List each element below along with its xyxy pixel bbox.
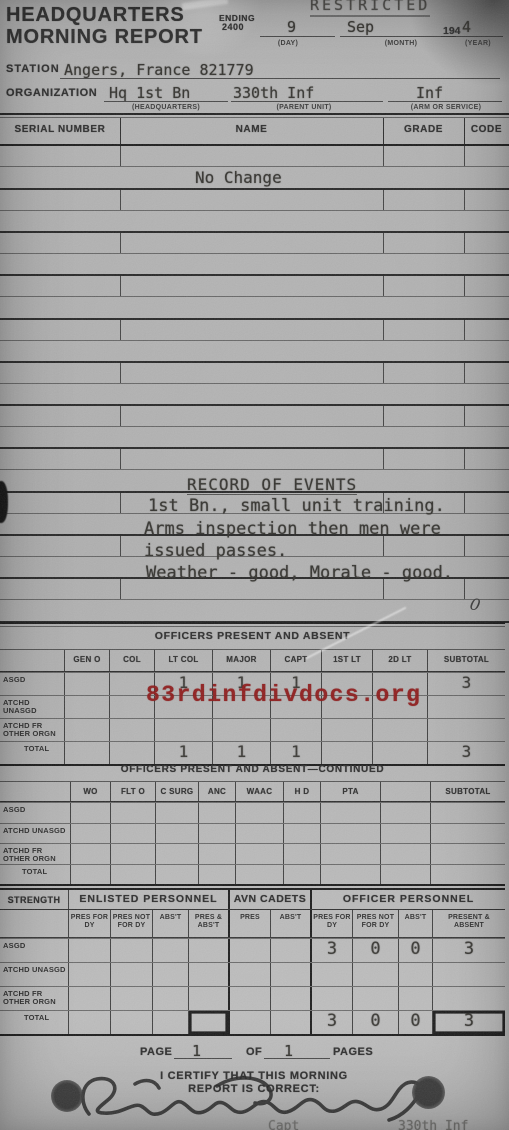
cell-subtotal <box>430 865 505 885</box>
cell-value <box>372 742 427 764</box>
col-o-pres-not-for-dy: PRES NOT FOR DY <box>352 910 398 937</box>
cell-value <box>432 963 505 986</box>
page-label: PAGE <box>140 1046 172 1058</box>
cell-value <box>380 844 430 864</box>
cell-value <box>228 987 270 1010</box>
blank-header <box>0 782 70 801</box>
officers-row: ATCHD FR OTHER ORGN <box>0 718 505 741</box>
cell-value <box>320 803 380 823</box>
cell-value <box>380 803 430 823</box>
col-subtotal: SUBTOTAL <box>430 782 505 801</box>
cell-value <box>270 939 310 962</box>
pages-label: PAGES <box>333 1046 373 1058</box>
day-sublabel: (DAY) <box>268 40 308 47</box>
cell-value <box>70 803 110 823</box>
cell-value <box>70 865 110 885</box>
col-e-abst: ABS'T <box>152 910 188 937</box>
cell-value <box>152 939 188 962</box>
cell-value <box>109 742 154 764</box>
cell-value <box>380 824 430 844</box>
cell-subtotal <box>430 824 505 844</box>
col-lt-col: LT COL <box>154 650 212 671</box>
cell-value <box>320 824 380 844</box>
strength-row: ASGD 3 0 0 3 <box>0 938 505 962</box>
cell-value <box>352 963 398 986</box>
cell-value <box>320 844 380 864</box>
cell-value <box>270 987 310 1010</box>
day-underline <box>260 20 335 37</box>
cell-value <box>110 824 155 844</box>
cell-value <box>235 803 283 823</box>
col-2d-lt: 2D LT <box>372 650 427 671</box>
roster-row <box>0 190 509 233</box>
continued-row: ATCHD UNASGD <box>0 823 505 844</box>
col-c-surg: C SURG <box>155 782 198 801</box>
cell-value <box>228 939 270 962</box>
cell-value <box>64 742 109 764</box>
col-grade: GRADE <box>383 124 464 135</box>
cell-value <box>68 939 110 962</box>
cell-value <box>188 939 228 962</box>
col-major: MAJOR <box>212 650 270 671</box>
roster-row <box>0 233 509 276</box>
classification-stamp: RESTRICTED <box>310 0 430 17</box>
cell-value <box>68 963 110 986</box>
blank-header <box>0 650 64 671</box>
row-label: ATCHD FR OTHER ORGN <box>0 719 64 741</box>
col-a-abst: ABS'T <box>270 910 310 937</box>
col-anc: ANC <box>198 782 235 801</box>
cell-value <box>235 865 283 885</box>
officers-continued-table: OFFICERS PRESENT AND ABSENT—CONTINUED WO… <box>0 763 505 886</box>
unit-sublabel: (HEADQUARTERS) <box>110 104 222 111</box>
cell-value: 3 <box>432 939 505 962</box>
cell-value: 3 <box>310 939 352 962</box>
roster-row <box>0 406 509 449</box>
cell-value: 1 <box>154 742 212 764</box>
cell-value <box>188 1011 228 1034</box>
continued-row: ATCHD FR OTHER ORGN <box>0 843 505 864</box>
cell-subtotal: 3 <box>427 742 505 764</box>
pages-underline <box>264 1044 330 1059</box>
cell-value <box>352 987 398 1010</box>
month-underline <box>340 20 456 37</box>
cell-value: 3 <box>310 1011 352 1034</box>
col-capt: CAPT <box>270 650 321 671</box>
strength-group-header: STRENGTH ENLISTED PERSONNEL AVN CADETS O… <box>0 890 505 910</box>
cell-value <box>228 1011 270 1034</box>
cell-value <box>68 987 110 1010</box>
morning-report-form: HEADQUARTERS MORNING REPORT RESTRICTED E… <box>0 0 509 1130</box>
event-line: Weather - good, Morale - good. <box>146 563 453 583</box>
cell-value: 1 <box>270 742 321 764</box>
cell-value <box>398 963 432 986</box>
cell-value <box>380 865 430 885</box>
row-label: TOTAL <box>0 742 64 764</box>
col-1st-lt: 1ST LT <box>321 650 372 671</box>
cell-subtotal <box>427 696 505 718</box>
cell-value <box>110 987 152 1010</box>
row-label: ATCHD UNASGD <box>0 963 68 986</box>
col-h-d: H D <box>283 782 320 801</box>
cell-value: 3 <box>432 1011 505 1034</box>
cell-subtotal <box>430 844 505 864</box>
strength-sub-header: PRES FOR DY PRES NOT FOR DY ABS'T PRES &… <box>0 910 505 938</box>
record-of-events-title: RECORD OF EVENTS <box>187 475 357 495</box>
cell-value <box>270 963 310 986</box>
cell-value <box>283 865 320 885</box>
form-title-line2: MORNING REPORT <box>6 26 203 49</box>
cell-value: 0 <box>398 939 432 962</box>
cell-value <box>68 1011 110 1034</box>
cell-value <box>283 803 320 823</box>
roster-row <box>0 276 509 319</box>
col-e-pres-not-for-dy: PRES NOT FOR DY <box>110 910 152 937</box>
page-underline <box>174 1044 232 1059</box>
signature <box>75 1072 447 1130</box>
col-col: COL <box>109 650 154 671</box>
officers-row: TOTAL 1 1 1 3 <box>0 741 505 764</box>
continued-header-row: WO FLT O C SURG ANC WAAC H D PTA SUBTOTA… <box>0 781 505 802</box>
cell-value: 0 <box>352 1011 398 1034</box>
cell-value <box>212 719 270 741</box>
cell-value <box>152 1011 188 1034</box>
cell-value <box>110 939 152 962</box>
group-avn-cadets: AVN CADETS <box>228 890 310 909</box>
cell-value <box>432 987 505 1010</box>
row-label: TOTAL <box>0 865 70 885</box>
strength-row: ATCHD FR OTHER ORGN <box>0 986 505 1010</box>
strength-table: STRENGTH ENLISTED PERSONNEL AVN CADETS O… <box>0 888 505 1036</box>
arm-sublabel: (ARM OR SERVICE) <box>390 104 502 111</box>
unit-underline <box>104 85 228 102</box>
row-label: ATCHD UNASGD <box>0 696 64 718</box>
punch-hole-left <box>51 1080 83 1112</box>
year-sublabel: (YEAR) <box>455 40 501 47</box>
cell-value <box>109 719 154 741</box>
row-label: ATCHD UNASGD <box>0 824 70 844</box>
officers-continued-title: OFFICERS PRESENT AND ABSENT—CONTINUED <box>0 763 505 781</box>
cell-value <box>321 742 372 764</box>
cell-value <box>228 963 270 986</box>
row-label: ATCHD FR OTHER ORGN <box>0 987 68 1010</box>
event-line: issued passes. <box>144 541 287 561</box>
col-a-pres: PRES <box>228 910 270 937</box>
cell-value: 0 <box>352 939 398 962</box>
punch-hole-right <box>412 1076 445 1109</box>
event-line: 1st Bn., small unit training. <box>148 496 445 516</box>
row-label: ASGD <box>0 673 64 695</box>
col-blank <box>380 782 430 801</box>
officers-table-title: OFFICERS PRESENT AND ABSENT <box>0 627 505 649</box>
ending-time: 2400 <box>222 22 244 32</box>
year-underline <box>441 20 503 37</box>
form-title-line1: HEADQUARTERS <box>6 4 185 27</box>
cell-value: 1 <box>212 742 270 764</box>
cell-subtotal <box>427 719 505 741</box>
cell-subtotal <box>430 803 505 823</box>
col-subtotal: SUBTOTAL <box>427 650 505 671</box>
cell-value <box>372 719 427 741</box>
cell-value <box>64 673 109 695</box>
station-underline <box>60 62 500 79</box>
continued-row: TOTAL <box>0 864 505 885</box>
double-rule-top <box>0 113 509 115</box>
cell-value <box>110 803 155 823</box>
roster-row <box>0 363 509 406</box>
arm-underline <box>388 85 502 102</box>
row-label: ATCHD FR OTHER ORGN <box>0 844 70 864</box>
of-label: OF <box>246 1046 262 1058</box>
col-name: NAME <box>120 124 383 135</box>
roster-row <box>0 579 509 622</box>
cell-value <box>198 844 235 864</box>
parent-underline <box>231 85 383 102</box>
col-o-pres-for-dy: PRES FOR DY <box>310 910 352 937</box>
col-e-pres-abst: PRES & ABS'T <box>188 910 228 937</box>
cell-value <box>310 987 352 1010</box>
cell-value <box>321 719 372 741</box>
cell-value <box>188 987 228 1010</box>
cell-value <box>110 844 155 864</box>
cell-subtotal: 3 <box>427 673 505 695</box>
cell-value <box>110 1011 152 1034</box>
col-serial-number: SERIAL NUMBER <box>0 124 120 135</box>
roster-row <box>0 320 509 363</box>
cell-value <box>155 844 198 864</box>
roster-header: SERIAL NUMBER NAME GRADE CODE <box>0 118 509 146</box>
cell-value <box>198 865 235 885</box>
group-officer: OFFICER PERSONNEL <box>310 890 505 909</box>
organization-label: ORGANIZATION <box>6 87 97 99</box>
row-label: TOTAL <box>0 1011 68 1034</box>
cell-value <box>235 844 283 864</box>
col-waac: WAAC <box>235 782 283 801</box>
cell-value <box>270 719 321 741</box>
strength-row: ATCHD UNASGD <box>0 962 505 986</box>
cell-value <box>270 1011 310 1034</box>
roster-entry: No Change <box>195 168 282 187</box>
cell-value <box>110 865 155 885</box>
cell-value <box>198 824 235 844</box>
strength-data-rows: ASGD 3 0 0 3 ATCHD UNASGD <box>0 938 505 1034</box>
cell-value <box>188 963 228 986</box>
cell-value <box>310 963 352 986</box>
cell-value <box>154 719 212 741</box>
cell-value <box>64 719 109 741</box>
continued-row: ASGD <box>0 802 505 823</box>
cell-value <box>398 987 432 1010</box>
cell-value <box>155 865 198 885</box>
col-e-pres-for-dy: PRES FOR DY <box>68 910 110 937</box>
col-flt-o: FLT O <box>110 782 155 801</box>
col-pta: PTA <box>320 782 380 801</box>
cell-value <box>152 987 188 1010</box>
cell-value <box>283 844 320 864</box>
watermark: 83rdinfdivdocs.org <box>146 682 421 708</box>
continued-data-rows: ASGD ATCHD UNASGD <box>0 802 505 884</box>
col-gen-o: GEN O <box>64 650 109 671</box>
cell-value <box>320 865 380 885</box>
cell-value <box>235 824 283 844</box>
station-label: STATION <box>6 63 60 75</box>
cell-value <box>64 696 109 718</box>
cell-value <box>283 824 320 844</box>
officers-header-row: GEN O COL LT COL MAJOR CAPT 1ST LT 2D LT… <box>0 649 505 672</box>
col-o-abst: ABS'T <box>398 910 432 937</box>
row-label: ASGD <box>0 939 68 962</box>
col-wo: WO <box>70 782 110 801</box>
cell-value <box>155 803 198 823</box>
scratch-mark <box>182 0 229 10</box>
event-line: Arms inspection then men were <box>144 519 441 539</box>
blank-header <box>0 910 68 937</box>
cell-value <box>110 963 152 986</box>
cell-value: 0 <box>398 1011 432 1034</box>
cell-value <box>70 824 110 844</box>
col-code: CODE <box>464 124 509 135</box>
cell-value <box>152 963 188 986</box>
strength-row: TOTAL 3 0 0 3 <box>0 1010 505 1034</box>
cell-value <box>198 803 235 823</box>
parent-sublabel: (PARENT UNIT) <box>238 104 370 111</box>
strength-label: STRENGTH <box>0 890 68 909</box>
cell-value <box>70 844 110 864</box>
month-sublabel: (MONTH) <box>378 40 424 47</box>
col-o-present-absent: PRESENT & ABSENT <box>432 910 505 937</box>
group-enlisted: ENLISTED PERSONNEL <box>68 890 228 909</box>
cell-value <box>155 824 198 844</box>
row-label: ASGD <box>0 803 70 823</box>
